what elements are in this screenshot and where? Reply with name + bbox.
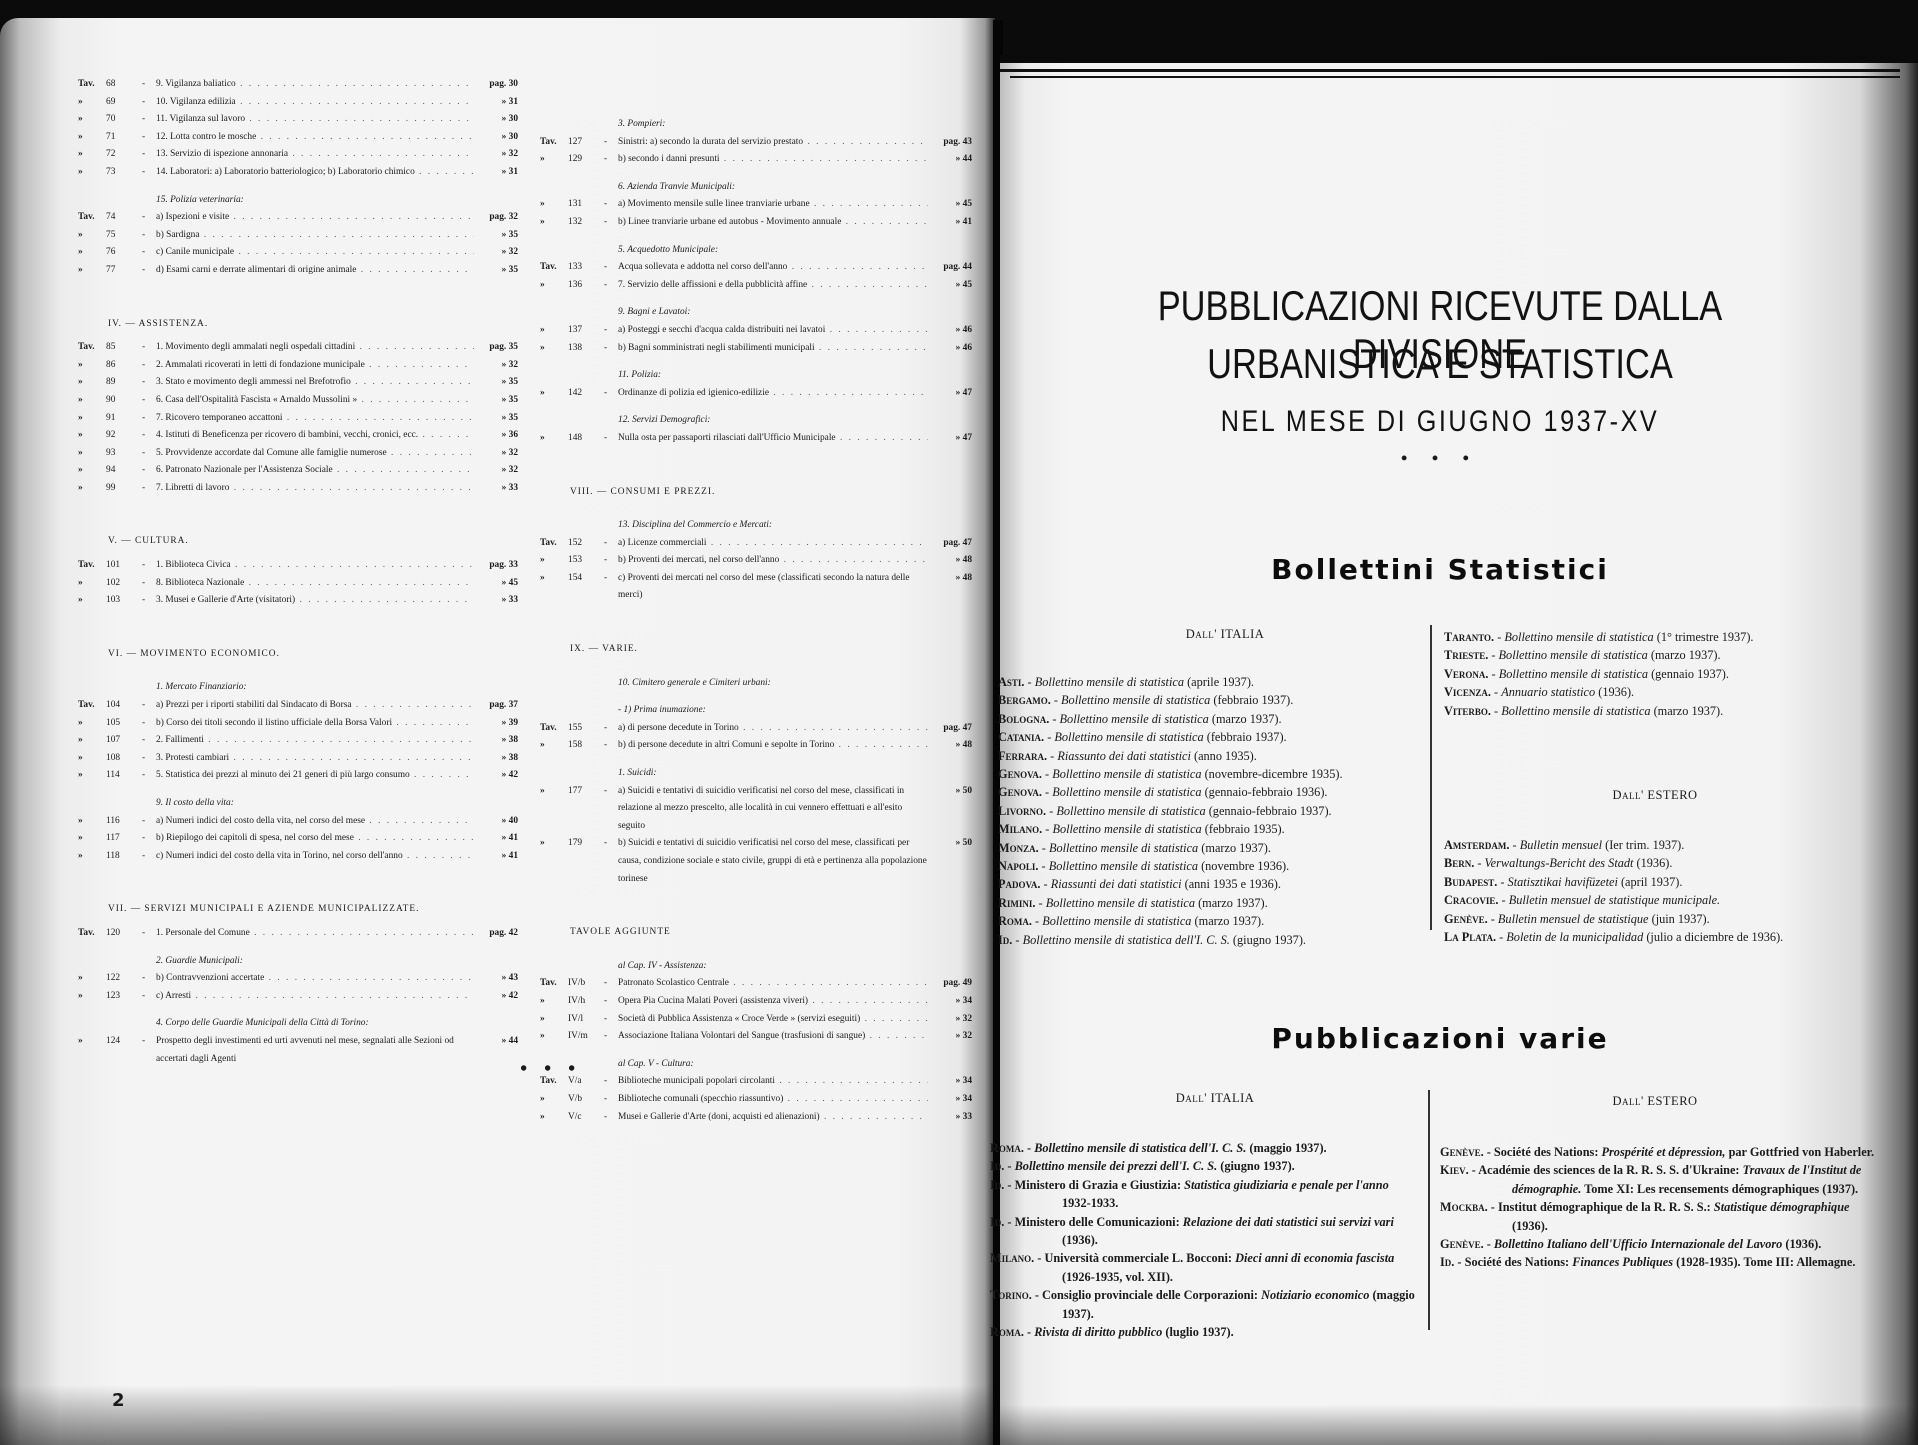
publication-note: (marzo 1937).	[1212, 712, 1282, 726]
column-divider-2	[1428, 1090, 1430, 1330]
table-number: 148	[568, 430, 604, 448]
spacer	[540, 605, 972, 627]
entry-title: Prospetto degli investimenti ed urti avv…	[156, 1033, 474, 1068]
publication-title: Bollettino mensile di statistica	[1061, 693, 1210, 707]
spacer	[540, 294, 972, 304]
table-number: 89	[106, 374, 142, 392]
publication-note: (gennaio-febbraio 1936).	[1205, 785, 1328, 799]
entry-title: b) Riepilogo dei capitoli di spesa, nel …	[156, 830, 474, 848]
city-name: Id.	[1440, 1255, 1454, 1269]
index-entry: Tav.133-Acqua sollevata e addotta nel co…	[540, 259, 972, 277]
city-name: Roma.	[990, 1325, 1024, 1339]
separator: -	[142, 697, 156, 715]
table-label: »	[540, 993, 568, 1011]
index-entry: »69-10. Vigilanza edilizia» 31	[78, 94, 518, 112]
index-entry: »153-b) Proventi dei mercati, nel corso …	[540, 552, 972, 570]
spacer	[540, 692, 972, 702]
entry-title: b) secondo i danni presunti	[618, 151, 928, 169]
separator: -	[1496, 930, 1506, 944]
spacer	[78, 1005, 518, 1015]
spacer	[78, 785, 518, 795]
table-number: 103	[106, 592, 142, 610]
varie-italia-list: Roma. - Bollettino mensile di statistica…	[990, 1139, 1415, 1341]
table-label: Tav.	[540, 720, 568, 738]
table-label: »	[78, 244, 106, 262]
table-label: »	[540, 214, 568, 232]
separator: -	[142, 339, 156, 357]
index-entry: »77-d) Esami carni e derrate alimentari …	[78, 262, 518, 280]
index-entry: Tav.68-9. Vigilanza baliaticopag. 30	[78, 76, 518, 94]
publication-entry: Rimini. - Bollettino mensile di statisti…	[998, 894, 1418, 912]
publication-entry: Viterbo. - Bollettino mensile di statist…	[1444, 702, 1864, 720]
separator: -	[142, 732, 156, 750]
separator: -	[1484, 1237, 1494, 1251]
index-entry: »117-b) Riepilogo dei capitoli di spesa,…	[78, 830, 518, 848]
table-number: 102	[106, 575, 142, 593]
separator: -	[604, 552, 618, 570]
separator: -	[604, 259, 618, 277]
page-ref: » 47	[928, 385, 972, 403]
publication-title: Bulletin mensuel	[1520, 838, 1602, 852]
publication-entry: Budapest. - Statisztikai havifüzetei (ap…	[1444, 873, 1884, 891]
publication-title: Bollettino mensile di statistica dell'I.…	[1034, 1141, 1246, 1155]
section-heading: IX. — VARIE.	[540, 641, 972, 659]
index-entry: »73-14. Laboratori: a) Laboratorio batte…	[78, 164, 518, 182]
separator: -	[1488, 648, 1498, 662]
table-number: 124	[106, 1033, 142, 1051]
separator: -	[1040, 877, 1050, 891]
table-number: 92	[106, 427, 142, 445]
table-number: 120	[106, 925, 142, 943]
table-number: 73	[106, 164, 142, 182]
page-ref: » 35	[474, 410, 518, 428]
section-heading: IV. — ASSISTENZA.	[78, 316, 518, 334]
entry-title: 5. Provvidenze accordate dal Comune alle…	[156, 445, 474, 463]
subsection-heading: 2. Guardie Municipali:	[78, 953, 518, 971]
publication-title: Bollettino mensile di statistica	[1035, 675, 1184, 689]
index-entry: »76-c) Canile municipale» 32	[78, 244, 518, 262]
separator: -	[604, 1028, 618, 1046]
table-label: »	[78, 767, 106, 785]
index-entry: »158-b) di persone decedute in altri Com…	[540, 737, 972, 755]
separator: -	[142, 715, 156, 733]
table-label: »	[78, 262, 106, 280]
publication-entry: Roma. - Bollettino mensile di statistica…	[998, 912, 1418, 930]
publication-title: Bollettino mensile di statistica	[1054, 730, 1203, 744]
separator: -	[142, 164, 156, 182]
table-label: »	[540, 783, 568, 801]
separator: -	[604, 1091, 618, 1109]
table-label: »	[78, 111, 106, 129]
table-number: 123	[106, 988, 142, 1006]
page-ref: » 42	[474, 988, 518, 1006]
table-label: »	[78, 592, 106, 610]
separator: -	[604, 340, 618, 358]
publication-entry: Genova. - Bollettino mensile di statisti…	[998, 765, 1418, 783]
city-name: Amsterdam.	[1444, 838, 1509, 852]
publication-note: Tome XI: Les recensements démographiques…	[1584, 1182, 1858, 1196]
separator: -	[604, 196, 618, 214]
table-number: 105	[106, 715, 142, 733]
separator: -	[604, 134, 618, 152]
publication-title: Statistique démographique	[1714, 1200, 1850, 1214]
table-label: »	[78, 1033, 106, 1051]
page-ref: » 45	[928, 277, 972, 295]
city-name: Genova.	[998, 767, 1042, 781]
table-label: »	[540, 430, 568, 448]
publication-note: (novembre 1936).	[1201, 859, 1289, 873]
separator: -	[1047, 749, 1057, 763]
publication-note: (aprile 1937).	[1187, 675, 1254, 689]
publication-note: (marzo 1937).	[1651, 648, 1721, 662]
index-column-1: Tav.68-9. Vigilanza baliaticopag. 30»69-…	[78, 76, 518, 1068]
subsection-heading: 13. Disciplina del Commercio e Mercati:	[540, 517, 972, 535]
spacer	[78, 865, 518, 887]
city-name: Id.	[990, 1159, 1004, 1173]
table-number: 90	[106, 392, 142, 410]
subsection-heading: 3. Pompieri:	[540, 116, 972, 134]
separator: -	[142, 848, 156, 866]
page-ref: » 30	[474, 111, 518, 129]
separator: -	[604, 1073, 618, 1091]
entry-title: a) Prezzi per i riporti stabiliti dal Si…	[156, 697, 474, 715]
separator: -	[142, 988, 156, 1006]
publication-entry: Genève. - Bollettino Italiano dell'Uffic…	[1440, 1235, 1880, 1253]
publication-title: Bollettino mensile di statistica	[1052, 822, 1201, 836]
entry-title: c) Arresti	[156, 988, 474, 1006]
table-label: »	[78, 146, 106, 164]
page-ref: » 43	[474, 970, 518, 988]
index-entry: Tav.V/a-Biblioteche municipali popolari …	[540, 1073, 972, 1091]
index-entry: »IV/h-Opera Pia Cucina Malati Poveri (as…	[540, 993, 972, 1011]
separator: -	[604, 975, 618, 993]
publication-note: (1° trimestre 1937).	[1657, 630, 1754, 644]
table-label: Tav.	[540, 535, 568, 553]
separator: -	[1042, 767, 1052, 781]
publication-title: Riassunto dei dati statistici	[1057, 749, 1191, 763]
page-ref: pag. 47	[928, 720, 972, 738]
entry-title: c) Numeri indici del costo della vita in…	[156, 848, 474, 866]
page-ref: » 42	[474, 767, 518, 785]
publication-note: (novembre-dicembre 1935).	[1205, 767, 1343, 781]
index-entry: »131-a) Movimento mensile sulle linee tr…	[540, 196, 972, 214]
page-ref: » 32	[474, 462, 518, 480]
entry-title: a) Movimento mensile sulle linee tranvia…	[618, 196, 928, 214]
entry-title: 5. Statistica dei prezzi al minuto dei 2…	[156, 767, 474, 785]
col-heading-estero-1: Dall' ESTERO	[1530, 788, 1780, 803]
index-entry: »92-4. Istituti di Beneficenza per ricov…	[78, 427, 518, 445]
spacer	[540, 448, 972, 470]
table-label: »	[540, 340, 568, 358]
table-label: »	[540, 196, 568, 214]
index-entry: Tav.85-1. Movimento degli ammalati negli…	[78, 339, 518, 357]
separator: -	[1488, 912, 1498, 926]
publication-note: (1936).	[1512, 1219, 1548, 1233]
page-ref: » 32	[928, 1011, 972, 1029]
entry-title: Sinistri: a) secondo la durata del servi…	[618, 134, 928, 152]
table-number: 152	[568, 535, 604, 553]
publication-note: (1936).	[1785, 1237, 1821, 1251]
city-name: Torino.	[990, 1288, 1032, 1302]
separator: -	[1038, 859, 1048, 873]
publication-title: Relazione dei dati statistici sui serviz…	[1183, 1215, 1394, 1229]
separator: -	[1494, 630, 1504, 644]
table-label: »	[78, 129, 106, 147]
index-entry: Tav.127-Sinistri: a) secondo la durata d…	[540, 134, 972, 152]
publication-entry: Id. - Ministero delle Comunicazioni: Rel…	[990, 1213, 1415, 1250]
index-entry: »132-b) Linee tranviarie urbane ed autob…	[540, 214, 972, 232]
table-label: »	[78, 715, 106, 733]
table-label: Tav.	[540, 975, 568, 993]
subsection-heading: 9. Bagni e Lavatoi:	[540, 304, 972, 322]
city-name: Milano.	[998, 822, 1042, 836]
page-ref: » 46	[928, 340, 972, 358]
publication-note: (maggio 1937).	[1249, 1141, 1326, 1155]
spacer	[78, 943, 518, 953]
table-label: »	[540, 1028, 568, 1046]
table-number: 122	[106, 970, 142, 988]
publication-entry: Id. - Bollettino mensile di statistica d…	[998, 931, 1418, 949]
publication-entry: Genève. - Société des Nations: Prospérit…	[1440, 1143, 1880, 1161]
separator: -	[1491, 685, 1501, 699]
separator: -	[142, 767, 156, 785]
table-number: 155	[568, 720, 604, 738]
separator: -	[142, 374, 156, 392]
entry-title: a) Suicidi e tentativi di suicidio verif…	[618, 783, 928, 836]
subsection-heading: 6. Azienda Tranvie Municipali:	[540, 179, 972, 197]
separator: -	[142, 76, 156, 94]
index-entry: »179-b) Suicidi e tentativi di suicidio …	[540, 835, 972, 888]
page-ref: » 50	[928, 783, 972, 801]
table-number: V/b	[568, 1091, 604, 1109]
table-number: 136	[568, 277, 604, 295]
table-label: Tav.	[78, 925, 106, 943]
table-label: »	[78, 410, 106, 428]
publication-entry: Asti. - Bollettino mensile di statistica…	[998, 673, 1418, 691]
page-ref: pag. 32	[474, 209, 518, 227]
table-number: 142	[568, 385, 604, 403]
separator: -	[604, 322, 618, 340]
table-label: »	[78, 813, 106, 831]
publication-note: (marzo 1937).	[1201, 841, 1271, 855]
publication-note: par Gottfried von Haberler.	[1729, 1145, 1875, 1159]
separator: -	[604, 570, 618, 588]
entry-title: b) Proventi dei mercati, nel corso dell'…	[618, 552, 928, 570]
city-name: Verona.	[1444, 667, 1488, 681]
index-entry: »154-c) Proventi dei mercati nel corso d…	[540, 570, 972, 605]
table-number: 86	[106, 357, 142, 375]
separator: -	[604, 737, 618, 755]
publication-entry: Roma. - Bollettino mensile di statistica…	[990, 1139, 1415, 1157]
index-entry: »94-6. Patronato Nazionale per l'Assiste…	[78, 462, 518, 480]
entry-title: Patronato Scolastico Centrale	[618, 975, 928, 993]
footer-ornament: • • •	[520, 1058, 581, 1081]
spacer	[540, 169, 972, 179]
entry-title: Biblioteche municipali popolari circolan…	[618, 1073, 928, 1091]
col-heading-italia-2: Dall' ITALIA	[1090, 1091, 1340, 1106]
table-number: 104	[106, 697, 142, 715]
page-ref: » 44	[474, 1033, 518, 1051]
index-entry: »114-5. Statistica dei prezzi al minuto …	[78, 767, 518, 785]
publication-note: (Ier trim. 1937).	[1605, 838, 1684, 852]
table-label: »	[78, 357, 106, 375]
publisher: Consiglio provinciale delle Corporazioni…	[1042, 1288, 1261, 1302]
entry-title: b) di persone decedute in altri Comuni e…	[618, 737, 928, 755]
publisher: Société des Nations:	[1465, 1255, 1573, 1269]
publication-note: (anno 1935).	[1194, 749, 1257, 763]
city-name: Napoli.	[998, 859, 1038, 873]
entry-title: 7. Servizio delle affissioni e della pub…	[618, 277, 928, 295]
entry-title: 7. Ricovero temporaneo accattoni	[156, 410, 474, 428]
separator: -	[1498, 893, 1508, 907]
publication-title: Bollettino mensile di statistica	[1049, 859, 1198, 873]
page-ref: » 40	[474, 813, 518, 831]
table-label: »	[78, 164, 106, 182]
entry-title: a) Ispezioni e visite	[156, 209, 474, 227]
subsection-heading: al Cap. IV - Assistenza:	[540, 958, 972, 976]
city-name: La Plata.	[1444, 930, 1496, 944]
table-number: 108	[106, 750, 142, 768]
index-entry: Tav.120-1. Personale del Comunepag. 42	[78, 925, 518, 943]
left-page-index: Tav.68-9. Vigilanza baliaticopag. 30»69-…	[0, 18, 995, 1445]
publisher: Ministero delle Comunicazioni:	[1015, 1215, 1183, 1229]
entry-title: a) Numeri indici del costo della vita, n…	[156, 813, 474, 831]
page-ref: » 35	[474, 227, 518, 245]
entry-title: 4. Istituti di Beneficenza per ricovero …	[156, 427, 474, 445]
publication-note: (anni 1935 e 1936).	[1185, 877, 1281, 891]
city-name: Bologna.	[998, 712, 1049, 726]
table-number: 118	[106, 848, 142, 866]
city-name: Roma.	[990, 1141, 1024, 1155]
separator: -	[1044, 730, 1054, 744]
separator: -	[142, 462, 156, 480]
city-name: Kiev.	[1440, 1163, 1469, 1177]
table-number: 75	[106, 227, 142, 245]
publication-note: (febbraio 1935).	[1205, 822, 1285, 836]
index-entry: »IV/m-Associazione Italiana Volontari de…	[540, 1028, 972, 1046]
separator: -	[1032, 914, 1042, 928]
city-name: Asti.	[998, 675, 1024, 689]
subsection-heading: 4. Corpo delle Guardie Municipali della …	[78, 1015, 518, 1033]
page-ref: pag. 33	[474, 557, 518, 575]
separator: -	[1004, 1159, 1014, 1173]
subsection-heading: 5. Acquedotto Municipale:	[540, 242, 972, 260]
table-label: »	[78, 94, 106, 112]
index-entry: »142-Ordinanze di polizia ed igienico-ed…	[540, 385, 972, 403]
subsection-heading: 11. Polizia:	[540, 367, 972, 385]
page-subtitle-date: NEL MESE DI GIUGNO 1937-XV	[1079, 405, 1801, 439]
spacer	[540, 755, 972, 765]
index-entry: Tav.155-a) di persone decedute in Torino…	[540, 720, 972, 738]
entry-title: a) Posteggi e secchi d'acqua calda distr…	[618, 322, 928, 340]
city-name: Id.	[998, 933, 1012, 947]
table-number: 127	[568, 134, 604, 152]
table-label: »	[78, 732, 106, 750]
page-ref: » 48	[928, 552, 972, 570]
entry-title: 11. Vigilanza sul lavoro	[156, 111, 474, 129]
index-entry: »99-7. Libretti di lavoro» 33	[78, 480, 518, 498]
table-number: 74	[106, 209, 142, 227]
index-column-2: 3. Pompieri:Tav.127-Sinistri: a) secondo…	[540, 106, 972, 1126]
index-entry: »137-a) Posteggi e secchi d'acqua calda …	[540, 322, 972, 340]
city-name: Roma.	[998, 914, 1032, 928]
bollettini-italia-list: Asti. - Bollettino mensile di statistica…	[998, 673, 1418, 949]
publication-entry: Verona. - Bollettino mensile di statisti…	[1444, 665, 1864, 683]
entry-title: 6. Casa dell'Ospitalità Fascista « Arnal…	[156, 392, 474, 410]
table-label: »	[78, 830, 106, 848]
separator: -	[1035, 896, 1045, 910]
publication-entry: Bologna. - Bollettino mensile di statist…	[998, 710, 1418, 728]
publication-note: (1928-1935). Tome III: Allemagne.	[1676, 1255, 1855, 1269]
separator: -	[142, 557, 156, 575]
page-ref: » 32	[474, 244, 518, 262]
city-name: Monza.	[998, 841, 1039, 855]
table-number: IV/l	[568, 1011, 604, 1029]
page-ref: » 41	[474, 830, 518, 848]
page-ref: » 39	[474, 715, 518, 733]
subsection-heading: 10. Cimitero generale e Cimiteri urbani:	[540, 675, 972, 693]
separator: -	[142, 410, 156, 428]
publication-note: (luglio 1937).	[1165, 1325, 1233, 1339]
separator: -	[142, 392, 156, 410]
entry-title: a) di persone decedute in Torino	[618, 720, 928, 738]
separator: -	[604, 214, 618, 232]
table-label: »	[540, 1091, 568, 1109]
entry-title: d) Esami carni e derrate alimentari di o…	[156, 262, 474, 280]
publication-entry: Roma. - Rivista di diritto pubblico (lug…	[990, 1323, 1415, 1341]
table-number: 138	[568, 340, 604, 358]
separator: -	[142, 830, 156, 848]
page-ref: » 34	[928, 1073, 972, 1091]
table-label: »	[78, 392, 106, 410]
city-name: Id.	[990, 1178, 1004, 1192]
publication-note: (gennaio-febbraio 1937).	[1209, 804, 1332, 818]
table-number: 114	[106, 767, 142, 785]
table-number: 131	[568, 196, 604, 214]
publication-title: Bollettino mensile di statistica	[1060, 712, 1209, 726]
table-number: IV/h	[568, 993, 604, 1011]
separator: -	[1004, 1178, 1014, 1192]
separator: -	[142, 244, 156, 262]
entry-title: Società di Pubblica Assistenza « Croce V…	[618, 1011, 928, 1029]
spacer	[540, 232, 972, 242]
separator: -	[1509, 838, 1519, 852]
subsection-heading: al Cap. V - Cultura:	[540, 1056, 972, 1074]
separator: -	[1049, 712, 1059, 726]
page-ref: » 35	[474, 262, 518, 280]
publication-note: (giugno 1937).	[1220, 1159, 1294, 1173]
table-number: 94	[106, 462, 142, 480]
publication-entry: Livorno. - Bollettino mensile di statist…	[998, 802, 1418, 820]
table-label: »	[540, 737, 568, 755]
table-number: 70	[106, 111, 142, 129]
separator: -	[1042, 785, 1052, 799]
page-ref: » 44	[928, 151, 972, 169]
page-ref: » 33	[474, 480, 518, 498]
table-number: 137	[568, 322, 604, 340]
index-entry: »IV/l-Società di Pubblica Assistenza « C…	[540, 1011, 972, 1029]
subsection-heading: 1. Suicidi:	[540, 765, 972, 783]
publication-title: Rivista di diritto pubblico	[1034, 1325, 1162, 1339]
page-ref: » 45	[474, 575, 518, 593]
entry-title: Associazione Italiana Volontari del Sang…	[618, 1028, 928, 1046]
separator: -	[1488, 1200, 1498, 1214]
city-name: Budapest.	[1444, 875, 1497, 889]
table-label: »	[540, 1011, 568, 1029]
page-title-line-2: URBANISTICA E STATISTICA	[1087, 340, 1792, 388]
publication-entry: La Plata. - Boletin de la municipalidad …	[1444, 928, 1884, 946]
entry-title: Ordinanze di polizia ed igienico-edilizi…	[618, 385, 928, 403]
